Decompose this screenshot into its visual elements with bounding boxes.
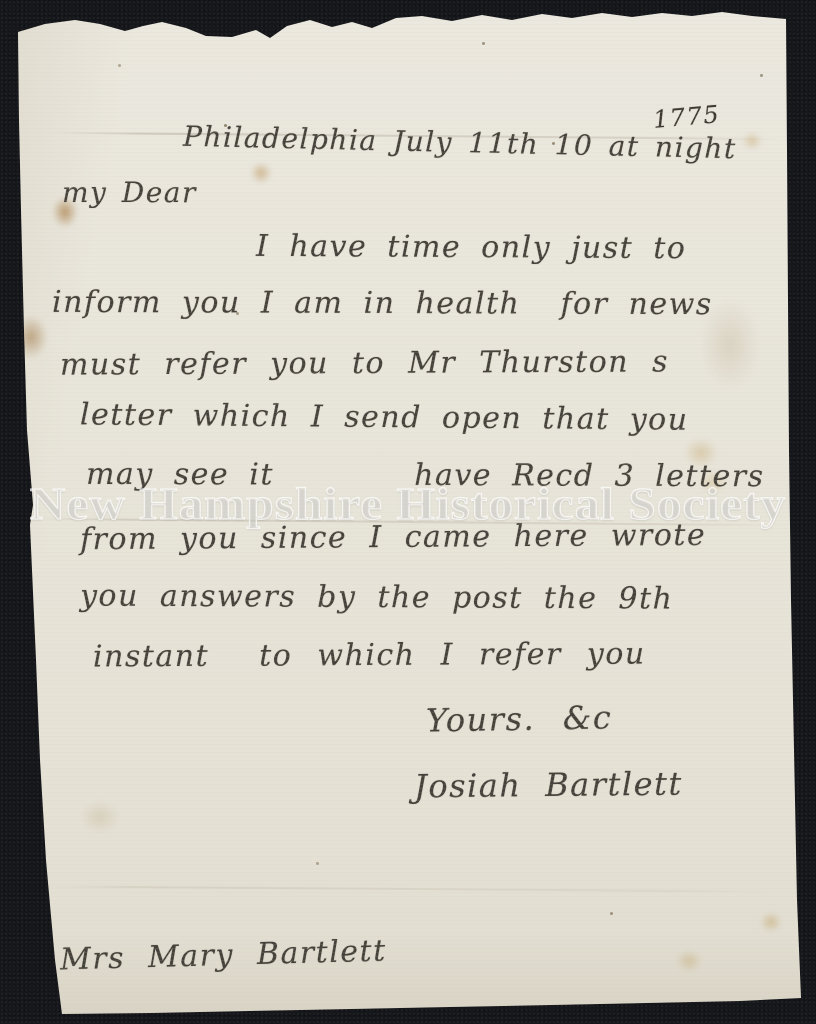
closing: Yours. &c xyxy=(426,698,613,739)
photo-of-letter: 1775 Philadelphia July 11th 10 at night … xyxy=(0,0,816,1024)
stain-spot xyxy=(760,912,782,932)
body-line: instant to which I refer you xyxy=(93,637,646,675)
signature-josiah-bartlett: Josiah Bartlett xyxy=(414,765,683,806)
body-line: must refer you to Mr Thurston s xyxy=(60,344,669,382)
addressee-mary-bartlett: Mrs Mary Bartlett xyxy=(60,933,388,977)
stain-spot xyxy=(250,162,272,184)
stain-spot xyxy=(676,950,702,972)
foxing-dot xyxy=(118,64,121,67)
foxing-dot xyxy=(610,912,613,915)
stain-spot xyxy=(742,132,762,150)
foxing-dot xyxy=(316,862,319,865)
year-annotation: 1775 xyxy=(652,100,721,134)
historical-society-watermark: New Hampshire Historical Society xyxy=(0,476,816,532)
body-line: I have time only just to xyxy=(256,229,687,266)
foxing-dot xyxy=(760,74,763,77)
body-line: you answers by the post the 9th xyxy=(80,578,674,616)
foxing-dot xyxy=(482,42,485,45)
salutation: my Dear xyxy=(62,176,197,209)
stain-spot xyxy=(14,315,48,359)
body-line: inform you I am in health for news xyxy=(52,285,713,322)
body-line: letter which I send open that you xyxy=(80,397,689,437)
stain-spot xyxy=(80,800,120,834)
fold-crease xyxy=(45,885,775,892)
